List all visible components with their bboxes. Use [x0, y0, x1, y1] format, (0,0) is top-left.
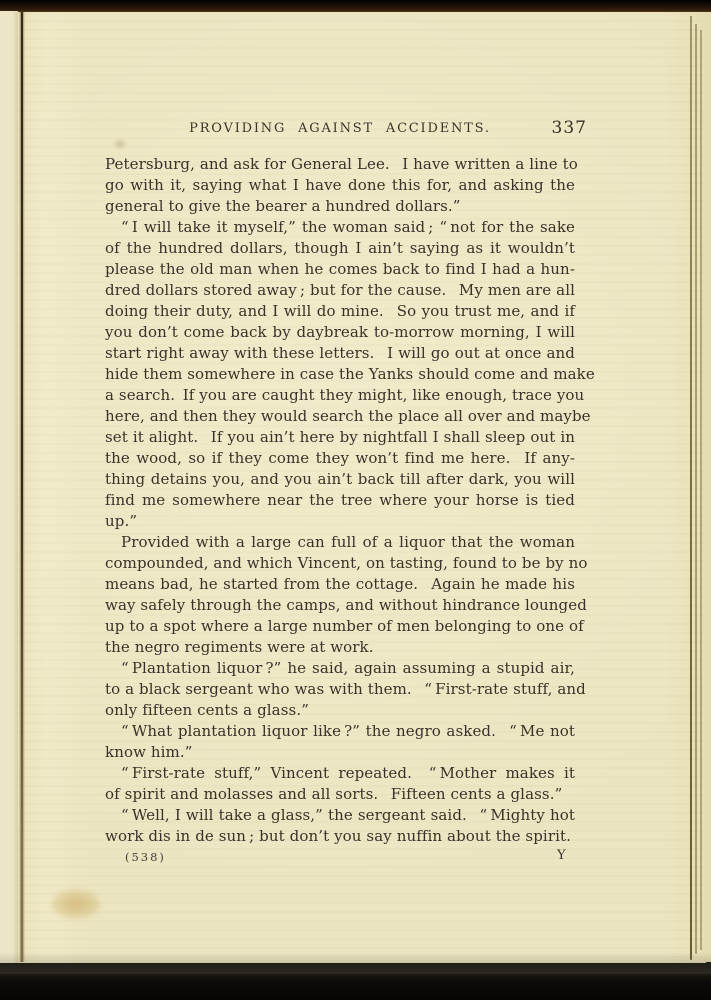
text-line: start right away with these letters. I w… [105, 343, 575, 364]
text-line: general to give the bearer a hundred dol… [105, 196, 575, 217]
book-cover-top-edge [0, 0, 711, 12]
text-line: go with it, saying what I have done this… [105, 175, 575, 196]
text-line: here, and then they would search the pla… [105, 406, 575, 427]
text-line: the wood, so if they come they won’t fin… [105, 448, 575, 469]
scanned-book-page: PROVIDING AGAINST ACCIDENTS. 337 Petersb… [0, 0, 711, 1000]
text-line: only fifteen cents a glass.” [105, 700, 575, 721]
text-line: hide them somewhere in case the Yanks sh… [105, 364, 575, 385]
paragraph: Provided with a large can full of a liqu… [105, 532, 575, 658]
left-page-edge [0, 11, 18, 963]
text-line: find me somewhere near the tree where yo… [105, 490, 575, 511]
text-line: “ Plantation liquor ?” he said, again as… [105, 658, 575, 679]
text-line: up.” [105, 511, 575, 532]
printed-content: PROVIDING AGAINST ACCIDENTS. 337 Petersb… [105, 121, 575, 868]
text-line: “ First-rate stuff,” Vincent repeated. “… [105, 763, 575, 784]
text-line: to a black sergeant who was with them. “… [105, 679, 575, 700]
text-line: set it alight. If you ain’t here by nigh… [105, 427, 575, 448]
catchword: Y [557, 848, 566, 863]
right-page-edge-strip [703, 12, 711, 962]
text-line: means bad, he started from the cottage. … [105, 574, 575, 595]
text-line: the negro regiments were at work. [105, 637, 575, 658]
text-line: know him.” [105, 742, 575, 763]
right-page-edge-line [700, 30, 702, 950]
text-line: dred dollars stored away ; but for the c… [105, 280, 575, 301]
text-line: you don’t come back by daybreak to-morro… [105, 322, 575, 343]
book-cover-bottom-edge [0, 974, 711, 1000]
bottom-page-shadow [0, 952, 711, 974]
text-line: up to a spot where a large number of men… [105, 616, 575, 637]
text-line: thing detains you, and you ain’t back ti… [105, 469, 575, 490]
text-block: Petersburg, and ask for General Lee. I h… [105, 154, 575, 847]
paragraph: “ First-rate stuff,” Vincent repeated. “… [105, 763, 575, 805]
signature-mark: (538) [125, 850, 166, 864]
paragraph: “ I will take it myself,” the woman said… [105, 217, 575, 532]
foxing-stain [50, 888, 102, 920]
text-line: “ What plantation liquor like ?” the neg… [105, 721, 575, 742]
text-line: work dis in de sun ; but don’t you say n… [105, 826, 575, 847]
text-line: doing their duty, and I will do mine. So… [105, 301, 575, 322]
text-line: a search. If you are caught they might, … [105, 385, 575, 406]
text-line: of the hundred dollars, though I ain’t s… [105, 238, 575, 259]
text-line: way safely through the camps, and withou… [105, 595, 575, 616]
text-line: “ Well, I will take a glass,” the sergea… [105, 805, 575, 826]
running-header: PROVIDING AGAINST ACCIDENTS. 337 [105, 121, 575, 141]
text-line: Petersburg, and ask for General Lee. I h… [105, 154, 575, 175]
paragraph: “ Plantation liquor ?” he said, again as… [105, 658, 575, 721]
right-page-edge-line [695, 24, 697, 954]
right-page-edge-line [690, 16, 692, 960]
text-line: compounded, and which Vincent, on tastin… [105, 553, 575, 574]
page-number: 337 [552, 118, 587, 138]
running-title: PROVIDING AGAINST ACCIDENTS. [105, 121, 575, 136]
text-line: please the old man when he comes back to… [105, 259, 575, 280]
text-line: of spirit and molasses and all sorts. Fi… [105, 784, 575, 805]
text-line: Provided with a large can full of a liqu… [105, 532, 575, 553]
paragraph: “ What plantation liquor like ?” the neg… [105, 721, 575, 763]
gutter-crease-line [21, 12, 23, 962]
page-footer: (538) Y [105, 848, 575, 868]
text-line: “ I will take it myself,” the woman said… [105, 217, 575, 238]
paragraph: “ Well, I will take a glass,” the sergea… [105, 805, 575, 847]
paragraph: Petersburg, and ask for General Lee. I h… [105, 154, 575, 217]
